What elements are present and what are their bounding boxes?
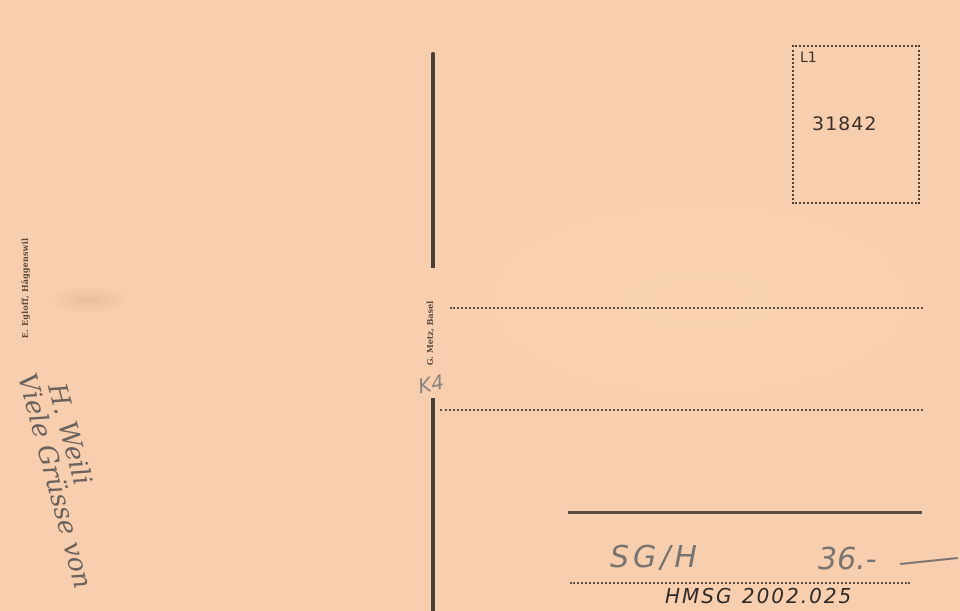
price-dash bbox=[900, 557, 958, 565]
stamp-box: L1 31842 bbox=[792, 45, 920, 204]
address-line-3 bbox=[568, 511, 922, 514]
stamp-code: L1 bbox=[800, 50, 817, 66]
pencil-mark: K4 bbox=[416, 370, 446, 399]
address-line-1 bbox=[450, 307, 923, 309]
stamp-number: 31842 bbox=[812, 113, 877, 135]
address-line-2 bbox=[440, 409, 923, 411]
inventory-number: HMSG 2002.025 bbox=[665, 584, 853, 608]
postcard-back: E. Egloff, Häggenswil Viele Grüsse von H… bbox=[0, 0, 960, 611]
pencil-collection-note: SG/H bbox=[610, 540, 701, 575]
publisher-imprint: E. Egloff, Häggenswil bbox=[19, 215, 31, 365]
pencil-price-note: 36.- bbox=[818, 542, 877, 577]
